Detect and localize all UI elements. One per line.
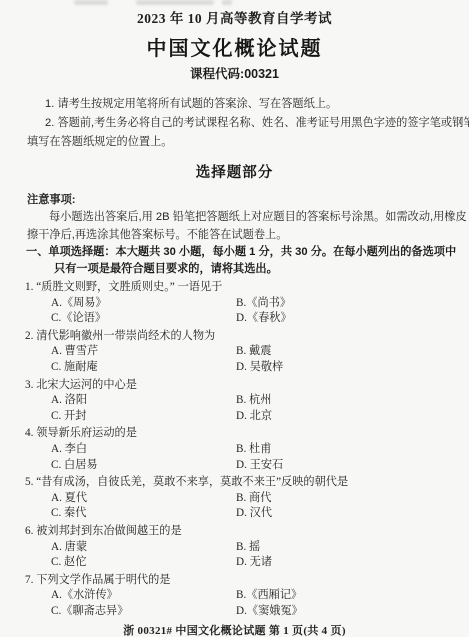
question-1-options-row-cd: C.《论语》 D.《春秋》 (51, 311, 469, 327)
question-1-options-row-ab: A.《周易》 B.《尚书》 (51, 296, 469, 312)
question-list: 1. “质胜文则野，文胜质则史。” 一语见于 A.《周易》 B.《尚书》 C.《… (0, 280, 469, 619)
question-6-option-b: B. 摇 (236, 540, 260, 556)
scan-smudge (222, 0, 232, 5)
course-code: 课程代码:00321 (0, 64, 469, 82)
question-1-option-b: B.《尚书》 (236, 296, 291, 312)
question-1: 1. “质胜文则野，文胜质则史。” 一语见于 A.《周易》 B.《尚书》 C.《… (0, 280, 469, 327)
question-3-option-a: A. 洛阳 (51, 393, 236, 409)
question-7-option-a: A.《水浒传》 (51, 588, 236, 604)
question-2-option-c: C. 施耐庵 (51, 360, 236, 376)
question-5-option-d: D. 汉代 (236, 506, 272, 522)
question-7-option-b: B.《西厢记》 (236, 588, 302, 604)
scan-artifact (74, 0, 234, 7)
question-5-option-c: C. 秦代 (51, 506, 236, 522)
question-1-option-a: A.《周易》 (51, 296, 236, 312)
question-5-options-row-cd: C. 秦代 D. 汉代 (51, 506, 469, 522)
question-2: 2. 清代影响徽州一带崇尚经术的人物为 A. 曹雪芹 B. 戴震 C. 施耐庵 … (0, 329, 469, 376)
question-4: 4. 领导新乐府运动的是 A. 李白 B. 杜甫 C. 白居易 D. 王安石 (0, 426, 469, 473)
question-4-stem: 4. 领导新乐府运动的是 (25, 426, 469, 442)
question-2-options-row-cd: C. 施耐庵 D. 吴敬梓 (51, 360, 469, 376)
question-7-options-row-cd: C.《聊斋志异》 D.《窦娥冤》 (51, 604, 469, 620)
question-5-option-a: A. 夏代 (51, 491, 236, 507)
exam-paper-page: 2023 年 10 月高等教育自学考试 中国文化概论试题 课程代码:00321 … (0, 0, 469, 637)
question-6-options-row-ab: A. 唐蒙 B. 摇 (51, 540, 469, 556)
question-7-stem: 7. 下列文学作品属于明代的是 (25, 573, 469, 589)
question-4-options-row-ab: A. 李白 B. 杜甫 (51, 442, 469, 458)
question-2-option-a: A. 曹雪芹 (51, 344, 236, 360)
question-3-option-d: D. 北京 (236, 409, 272, 425)
question-6: 6. 被刘邦封到东冶做闽越王的是 A. 唐蒙 B. 摇 C. 赵佗 D. 无诸 (0, 524, 469, 571)
question-6-option-a: A. 唐蒙 (51, 540, 236, 556)
notice-label: 注意事项: (27, 192, 469, 209)
question-6-option-d: D. 无诸 (236, 555, 272, 571)
question-6-options-row-cd: C. 赵佗 D. 无诸 (51, 555, 469, 571)
question-7-option-d: D.《窦娥冤》 (236, 604, 303, 620)
question-4-options-row-cd: C. 白居易 D. 王安石 (51, 458, 469, 474)
question-2-option-d: D. 吴敬梓 (236, 360, 283, 376)
section-title: 选择题部分 (0, 161, 469, 182)
question-3-options-row-ab: A. 洛阳 B. 杭州 (51, 393, 469, 409)
question-6-stem: 6. 被刘邦封到东冶做闽越王的是 (25, 524, 469, 540)
question-3-option-c: C. 开封 (51, 409, 236, 425)
question-7: 7. 下列文学作品属于明代的是 A.《水浒传》 B.《西厢记》 C.《聊斋志异》… (0, 573, 469, 620)
question-2-stem: 2. 清代影响徽州一带崇尚经术的人物为 (25, 329, 469, 345)
scan-smudge (136, 0, 214, 5)
question-6-option-c: C. 赵佗 (51, 555, 236, 571)
question-3-stem: 3. 北宋大运河的中心是 (25, 378, 469, 394)
question-7-options-row-ab: A.《水浒传》 B.《西厢记》 (51, 588, 469, 604)
question-7-option-c: C.《聊斋志异》 (51, 604, 236, 620)
question-2-options-row-ab: A. 曹雪芹 B. 戴震 (51, 344, 469, 360)
question-4-option-d: D. 王安石 (236, 458, 283, 474)
question-1-option-d: D.《春秋》 (236, 311, 292, 327)
instruction-item-2-line-2: 填写在答题纸规定的位置上。 (27, 133, 459, 152)
question-4-option-b: B. 杜甫 (236, 442, 271, 458)
question-3-options-row-cd: C. 开封 D. 北京 (51, 409, 469, 425)
instruction-item-2-line-1: 2. 答题前,考生务必将自己的考试课程名称、姓名、准考证号用黑色字迹的签字笔或钢… (27, 114, 459, 133)
part-heading-line-2: 只有一项是最符合题目要求的，请将其选出。 (54, 261, 469, 278)
question-5-option-b: B. 商代 (236, 491, 271, 507)
instruction-item-1: 1. 请考生按规定用笔将所有试题的答案涂、写在答题纸上。 (27, 95, 459, 114)
question-1-option-c: C.《论语》 (51, 311, 236, 327)
question-4-option-c: C. 白居易 (51, 458, 236, 474)
question-2-option-b: B. 戴震 (236, 344, 271, 360)
question-5-stem: 5. “昔有成汤，自彼氐羌，莫敢不来享，莫敢不来王”反映的朝代是 (25, 475, 469, 491)
notice-line-2: 擦干净后,再选涂其他答案标号。不能答在试题卷上。 (27, 227, 469, 245)
notice-line-1: 每小题选出答案后,用 2B 铅笔把答题纸上对应题目的答案标号涂黑。如需改动,用橡… (27, 209, 469, 227)
question-5: 5. “昔有成汤，自彼氐羌，莫敢不来享，莫敢不来王”反映的朝代是 A. 夏代 B… (0, 475, 469, 522)
scan-smudge (74, 0, 108, 5)
page-footer: 浙 00321# 中国文化概论试题 第 1 页(共 4 页) (0, 622, 469, 637)
exam-session-title: 2023 年 10 月高等教育自学考试 (0, 7, 469, 27)
question-4-option-a: A. 李白 (51, 442, 236, 458)
question-3: 3. 北宋大运河的中心是 A. 洛阳 B. 杭州 C. 开封 D. 北京 (0, 378, 469, 425)
question-3-option-b: B. 杭州 (236, 393, 271, 409)
part-heading-line-1: 一、单项选择题：本大题共 30 小题，每小题 1 分，共 30 分。在每小题列出… (26, 244, 469, 261)
question-5-options-row-ab: A. 夏代 B. 商代 (51, 491, 469, 507)
paper-title: 中国文化概论试题 (0, 32, 469, 61)
question-1-stem: 1. “质胜文则野，文胜质则史。” 一语见于 (25, 280, 469, 296)
